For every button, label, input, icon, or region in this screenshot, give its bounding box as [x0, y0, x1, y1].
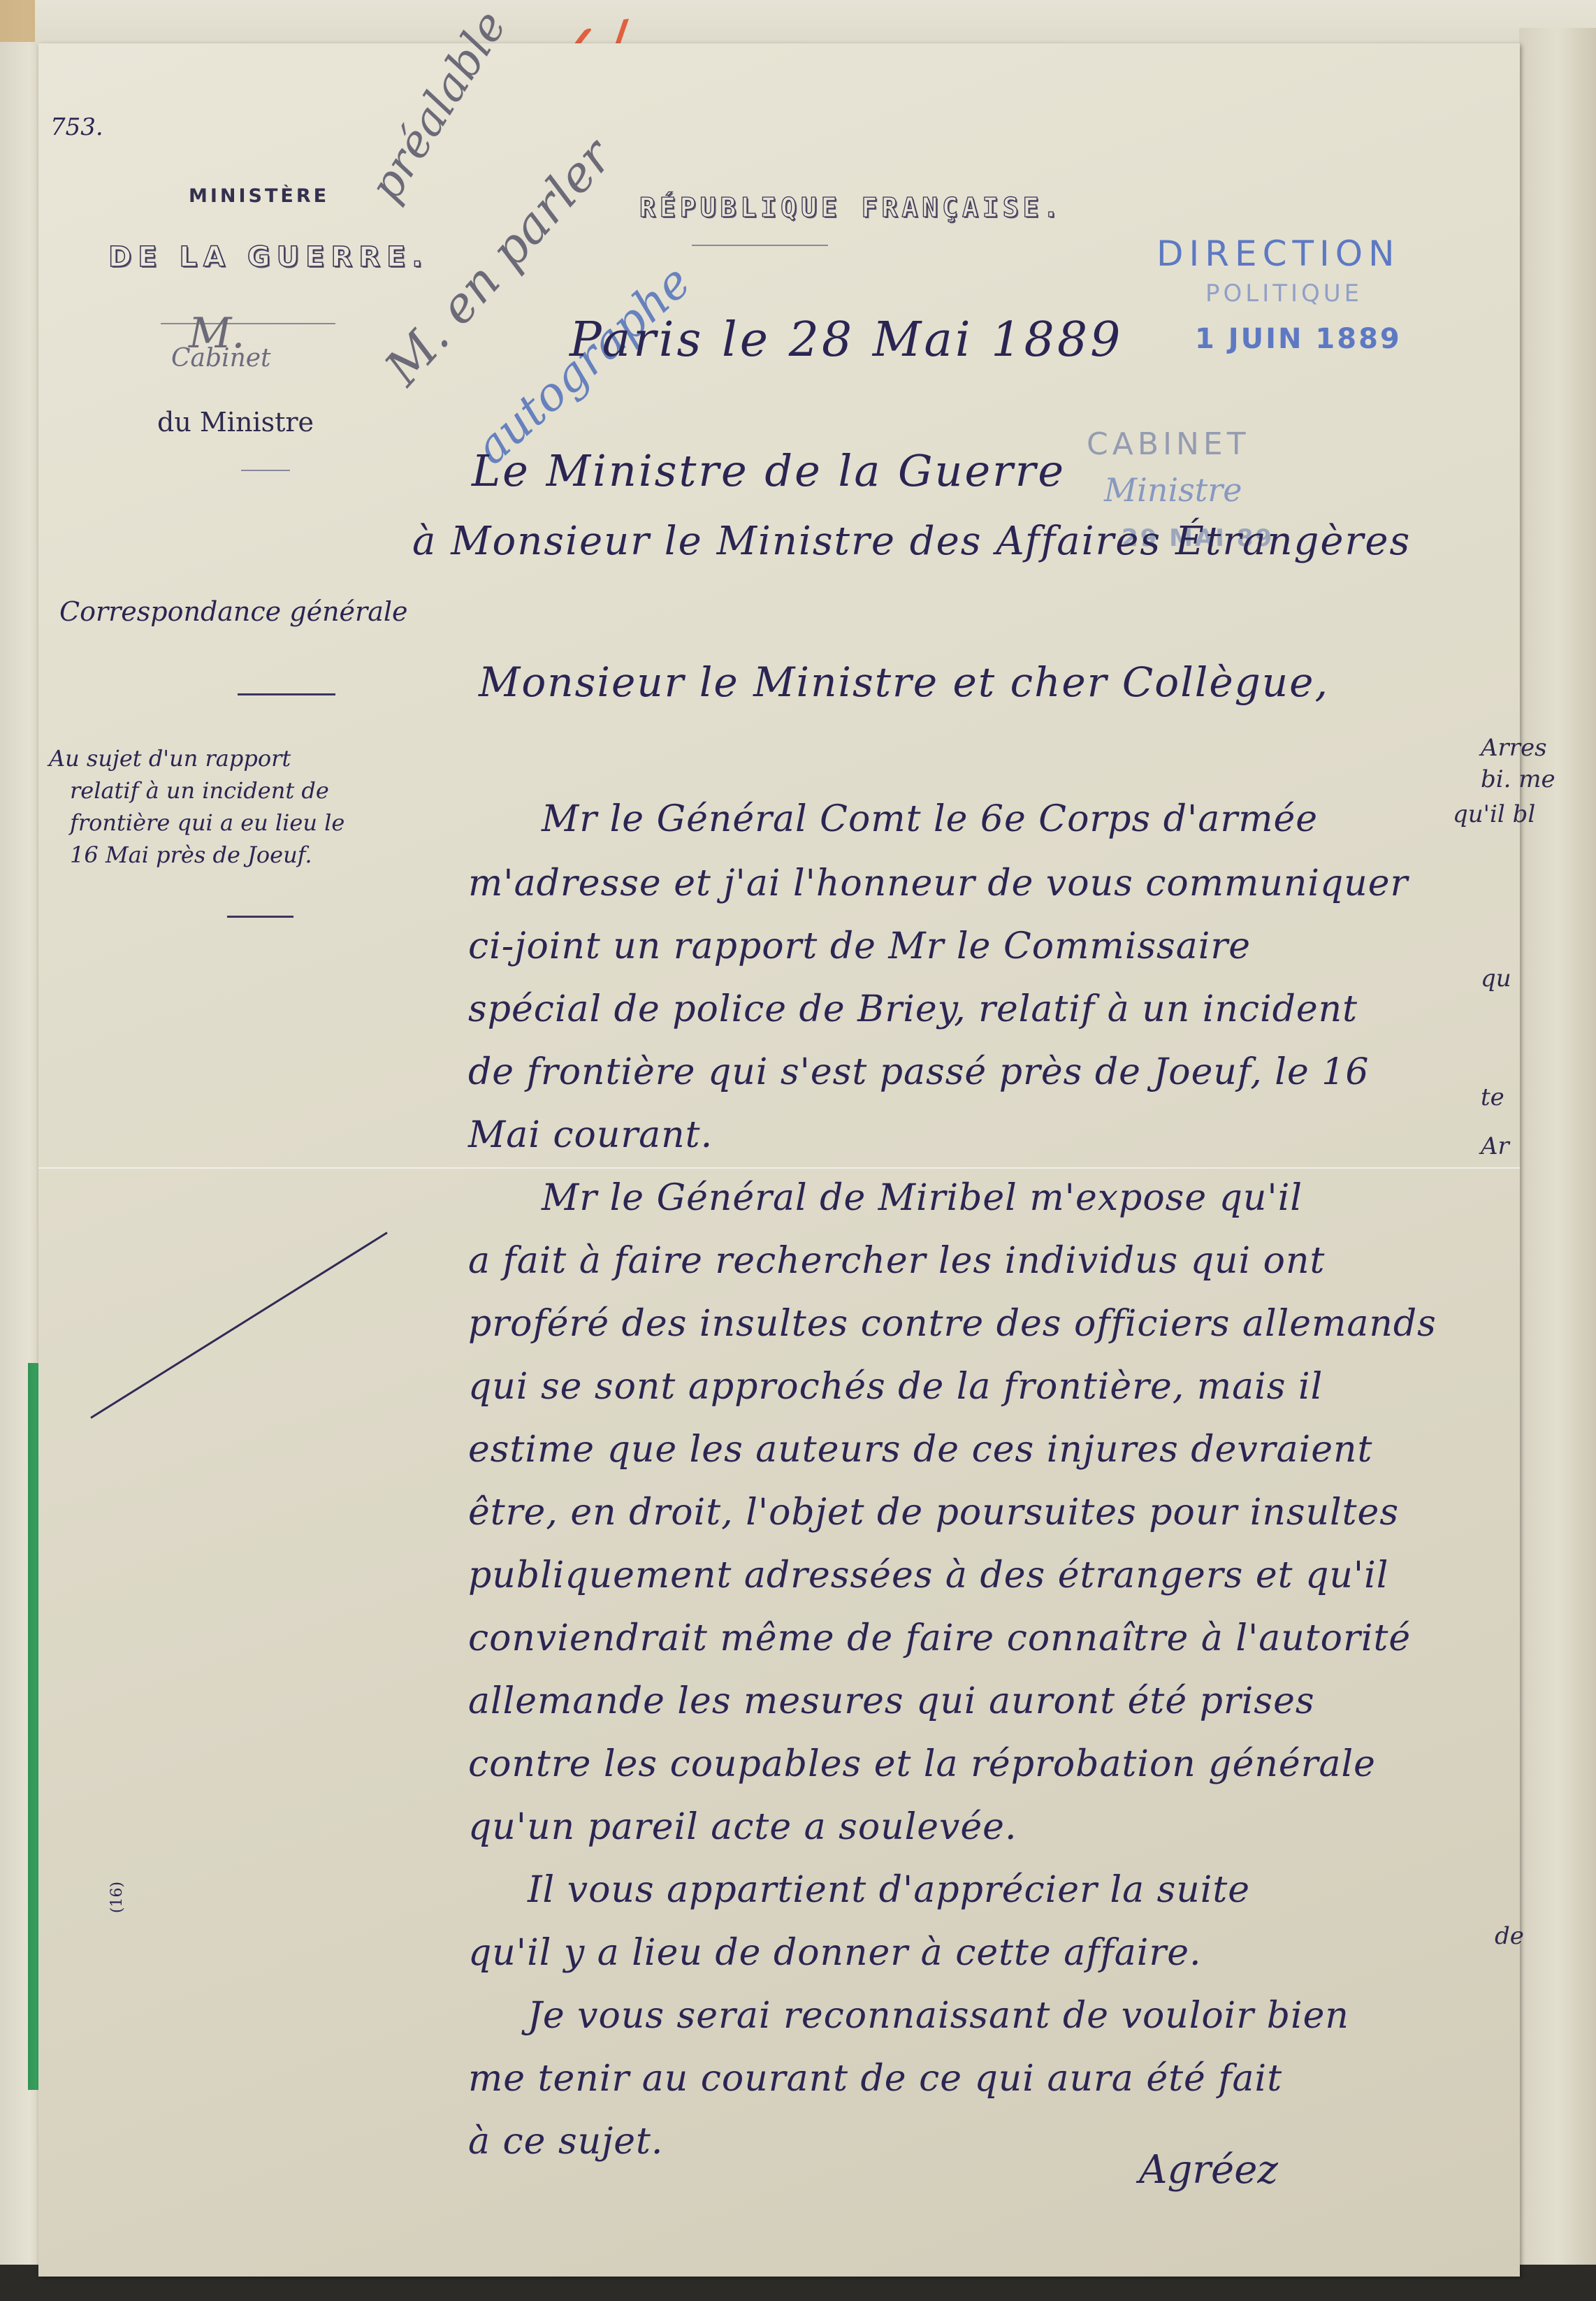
body-line: Mr le Général Comt le 6e Corps d'armée [542, 798, 1318, 840]
salutation: Monsieur le Ministre et cher Collègue, [479, 658, 1329, 706]
letterhead-de-la-guerre: DE LA GUERRE. [108, 241, 429, 273]
recipient: à Monsieur le Ministre des Affaires Étra… [412, 519, 1411, 564]
divider [241, 470, 290, 471]
body-line: être, en droit, l'objet de poursuites po… [468, 1492, 1399, 1534]
sender: Le Ministre de la Guerre [472, 445, 1066, 496]
body-line: publiquement adressées à des étrangers e… [468, 1555, 1388, 1596]
margin-service: Correspondance générale [59, 596, 408, 628]
fragment-text: te [1481, 1083, 1504, 1111]
fragment-text: de [1495, 1922, 1524, 1950]
fragment-text: Arres [1481, 734, 1547, 762]
body-line: conviendrait même de faire connaître à l… [468, 1617, 1411, 1659]
fragment-text: qu'il bl [1453, 800, 1535, 828]
body-line: spécial de police de Briey, relatif à un… [468, 988, 1358, 1030]
folio-number: 753. [50, 113, 103, 141]
side-page-number: (16) [108, 1882, 126, 1913]
stamp-ministre: Ministre [1104, 471, 1242, 509]
body-line: qui se sont approchés de la frontière, m… [468, 1366, 1323, 1408]
letterhead-du-ministre: du Ministre [157, 407, 314, 438]
body-line: estime que les auteurs de ces injures de… [468, 1429, 1372, 1471]
subject-line: relatif à un incident de [49, 774, 344, 807]
body-line: Mai courant. [468, 1114, 713, 1156]
body-line: Je vous serai reconnaissant de vouloir b… [528, 1995, 1349, 2037]
body-line: à ce sujet. [468, 2121, 663, 2163]
letterhead-republique: RÉPUBLIQUE FRANÇAISE. [639, 192, 1063, 223]
stamp-cabinet: CABINET [1087, 426, 1250, 462]
body-line: allemande les mesures qui auront été pri… [468, 1680, 1315, 1722]
subject-line: Au sujet d'un rapport [49, 742, 344, 774]
letterhead-ministere: MINISTÈRE [189, 185, 329, 207]
body-line: ci-joint un rapport de Mr le Commissaire [468, 925, 1251, 967]
body-line: qu'un pareil acte a soulevée. [468, 1806, 1017, 1848]
letter-sheet: 753. MINISTÈRE DE LA GUERRE. Cabinet du … [38, 43, 1520, 2277]
stamp-politique: POLITIQUE [1205, 280, 1363, 308]
margin-subject: Au sujet d'un rapport relatif à un incid… [49, 742, 344, 871]
fragment-text: bi. me [1481, 765, 1555, 793]
subject-line: frontière qui a eu lieu le [49, 807, 344, 839]
divider [227, 916, 293, 918]
body-line: m'adresse et j'ai l'honneur de vous comm… [468, 863, 1408, 904]
body-line: a fait à faire rechercher les individus … [468, 1240, 1325, 1282]
divider [161, 323, 335, 324]
adjacent-page-fragments: Arres bi. me qu'il bl qu te de Ar [1481, 734, 1572, 2062]
fold-line [38, 1167, 1520, 1169]
pencil-initial: M. [189, 309, 245, 358]
body-line: proféré des insultes contre des officier… [468, 1303, 1437, 1345]
body-line: me tenir au courant de ce qui aura été f… [468, 2058, 1282, 2100]
margin-diagonal-stroke [90, 1232, 388, 1419]
subject-line: 16 Mai près de Joeuf. [49, 839, 344, 871]
dateline: Paris le 28 Mai 1889 [570, 312, 1123, 368]
body-line: qu'il y a lieu de donner à cette affaire… [468, 1932, 1202, 1974]
closing: Agréez [1139, 2147, 1278, 2193]
fragment-text: qu [1481, 965, 1511, 993]
stamp-date-juin: 1 JUIN 1889 [1195, 323, 1402, 355]
body-line: de frontière qui s'est passé près de Joe… [468, 1051, 1369, 1093]
body-line: Mr le Général de Miribel m'expose qu'il [542, 1177, 1303, 1219]
divider [238, 693, 335, 695]
body-line: Il vous appartient d'apprécier la suite [528, 1869, 1250, 1911]
stamp-direction: DIRECTION [1156, 233, 1400, 274]
body-line: contre les coupables et la réprobation g… [468, 1743, 1376, 1785]
divider [692, 245, 828, 246]
fragment-text: Ar [1481, 1132, 1509, 1160]
